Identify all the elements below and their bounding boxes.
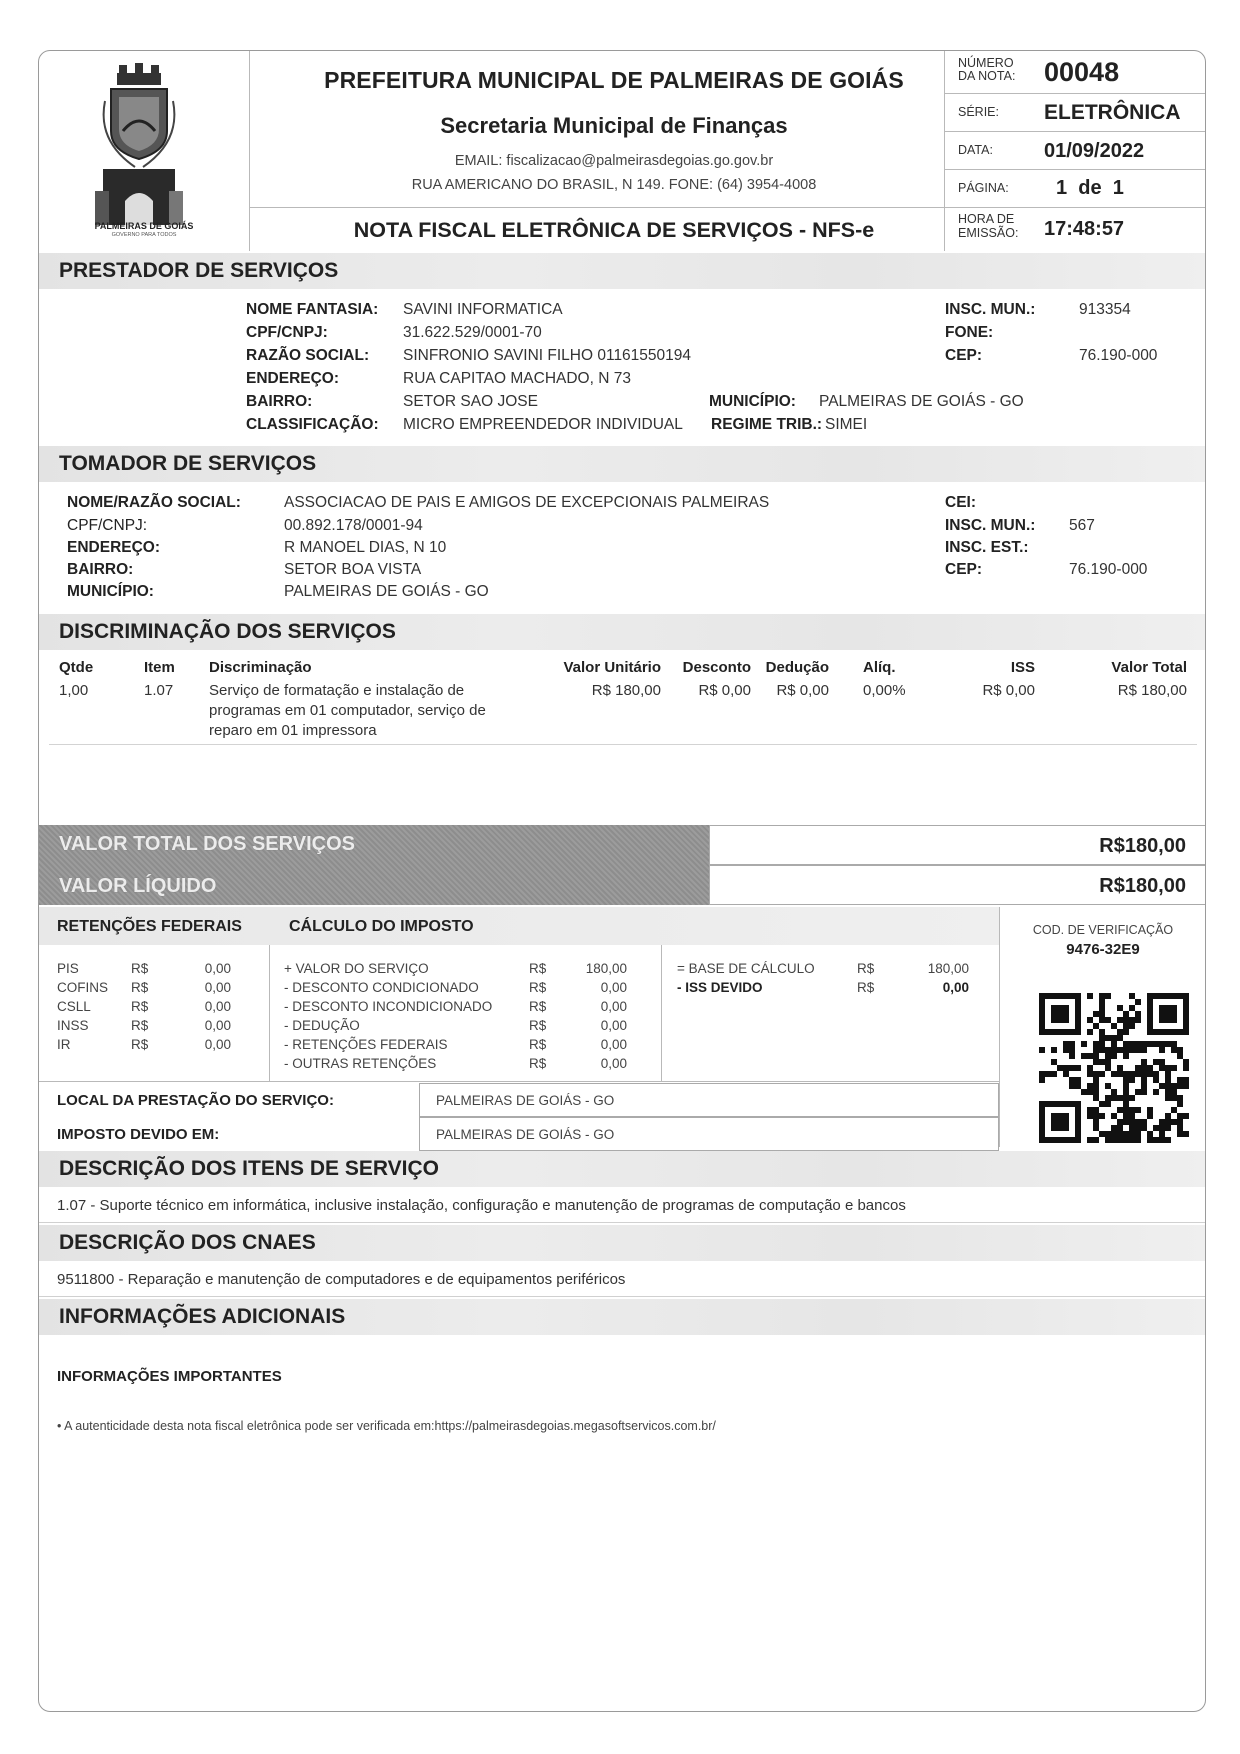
local-prestacao-label: LOCAL DA PRESTAÇÃO DO SERVIÇO: bbox=[57, 1092, 334, 1109]
prestador-regime: SIMEI bbox=[825, 416, 867, 434]
valor-liquido-label: VALOR LÍQUIDO bbox=[59, 875, 216, 898]
municipal-coat-of-arms: PALMEIRAS DE GOIÁS GOVERNO PARA TODOS bbox=[39, 51, 249, 251]
meta-pagina: PÁGINA: 1 de 1 bbox=[944, 169, 1206, 207]
section-servicos: DISCRIMINAÇÃO DOS SERVIÇOS bbox=[39, 614, 1206, 650]
logo-subcaption: GOVERNO PARA TODOS bbox=[39, 232, 249, 238]
tomador-insc-mun: 567 bbox=[1069, 517, 1095, 535]
prestador-classificacao: MICRO EMPREENDEDOR INDIVIDUAL bbox=[403, 416, 683, 434]
department-title: Secretaria Municipal de Finanças bbox=[249, 113, 979, 139]
authenticity-notice: • A autenticidade desta nota fiscal elet… bbox=[57, 1419, 716, 1433]
retencoes-title: RETENÇÕES FEDERAIS bbox=[57, 918, 242, 936]
tomador-cep: 76.190-000 bbox=[1069, 561, 1147, 579]
itens-servico-text: 1.07 - Suporte técnico em informática, i… bbox=[57, 1197, 906, 1214]
prestador-nome-fantasia: SAVINI INFORMATICA bbox=[403, 301, 563, 319]
valor-liquido: R$180,00 bbox=[1099, 875, 1186, 898]
prestador-municipio: PALMEIRAS DE GOIÁS - GO bbox=[819, 393, 1024, 411]
prestador-endereco: RUA CAPITAO MACHADO, N 73 bbox=[403, 370, 631, 388]
valor-liquido-box: R$180,00 bbox=[709, 865, 1206, 905]
meta-numero: NÚMERO DA NOTA: 00048 bbox=[944, 51, 1206, 93]
imposto-devido-value: PALMEIRAS DE GOIÁS - GO bbox=[436, 1127, 614, 1142]
tomador-municipio: PALMEIRAS DE GOIÁS - GO bbox=[284, 583, 489, 601]
prestador-cep: 76.190-000 bbox=[1079, 347, 1157, 365]
informacoes-subtitle: INFORMAÇÕES IMPORTANTES bbox=[57, 1368, 282, 1385]
iss-devido-value: 0,00 bbox=[919, 980, 969, 995]
base-calculo-label: = BASE DE CÁLCULO bbox=[677, 961, 815, 976]
municipality-title: PREFEITURA MUNICIPAL DE PALMEIRAS DE GOI… bbox=[249, 67, 979, 94]
valor-total: R$180,00 bbox=[1099, 835, 1186, 858]
section-prestador: PRESTADOR DE SERVIÇOS bbox=[39, 253, 1206, 289]
meta-data: DATA: 01/09/2022 bbox=[944, 131, 1206, 169]
local-prestacao-value: PALMEIRAS DE GOIÁS - GO bbox=[436, 1093, 614, 1108]
prestador-insc-mun: 913354 bbox=[1079, 301, 1131, 319]
section-itens-servico: DESCRIÇÃO DOS ITENS DE SERVIÇO bbox=[39, 1151, 1206, 1187]
totals-label-panel: VALOR TOTAL DOS SERVIÇOS VALOR LÍQUIDO bbox=[39, 825, 709, 905]
invoice-number: 00048 bbox=[1044, 57, 1119, 88]
contact-email: EMAIL: fiscalizacao@palmeirasdegoias.go.… bbox=[249, 153, 979, 169]
logo-caption: PALMEIRAS DE GOIÁS bbox=[39, 221, 249, 231]
nfse-document: PALMEIRAS DE GOIÁS GOVERNO PARA TODOS PR… bbox=[38, 50, 1206, 1712]
invoice-meta: NÚMERO DA NOTA: 00048 SÉRIE: ELETRÔNICA … bbox=[944, 51, 1206, 251]
tomador-bairro: SETOR BOA VISTA bbox=[284, 561, 421, 579]
iss-devido-label: - ISS DEVIDO bbox=[677, 980, 763, 995]
tomador-endereco: R MANOEL DIAS, N 10 bbox=[284, 539, 446, 557]
section-tomador: TOMADOR DE SERVIÇOS bbox=[39, 446, 1206, 482]
section-informacoes: INFORMAÇÕES ADICIONAIS bbox=[39, 1299, 1206, 1335]
calculo-title: CÁLCULO DO IMPOSTO bbox=[289, 918, 474, 936]
prestador-razao-social: SINFRONIO SAVINI FILHO 01161550194 bbox=[403, 347, 691, 365]
meta-hora: HORA DE EMISSÃO: 17:48:57 bbox=[944, 207, 1206, 251]
invoice-series: ELETRÔNICA bbox=[1044, 101, 1181, 125]
verification-label: COD. DE VERIFICAÇÃO bbox=[999, 923, 1206, 937]
valor-total-label: VALOR TOTAL DOS SERVIÇOS bbox=[59, 833, 355, 856]
prestador-bairro: SETOR SAO JOSE bbox=[403, 393, 538, 411]
valor-total-box: R$180,00 bbox=[709, 825, 1206, 865]
page-indicator: 1 de 1 bbox=[1056, 177, 1124, 200]
contact-address: RUA AMERICANO DO BRASIL, N 149. FONE: (6… bbox=[249, 177, 979, 193]
qr-code-icon[interactable] bbox=[1039, 993, 1189, 1143]
cnaes-text: 9511800 - Reparação e manutenção de comp… bbox=[57, 1271, 625, 1288]
base-calculo-value: 180,00 bbox=[919, 961, 969, 976]
prestador-cnpj: 31.622.529/0001-70 bbox=[403, 324, 542, 342]
verification-code: 9476-32E9 bbox=[999, 941, 1206, 958]
meta-serie: SÉRIE: ELETRÔNICA bbox=[944, 93, 1206, 131]
tomador-cnpj: 00.892.178/0001-94 bbox=[284, 517, 423, 535]
tomador-nome: ASSOCIACAO DE PAIS E AMIGOS DE EXCEPCION… bbox=[284, 494, 769, 512]
issue-time: 17:48:57 bbox=[1044, 218, 1124, 241]
section-cnaes: DESCRIÇÃO DOS CNAES bbox=[39, 1225, 1206, 1261]
document-title: NOTA FISCAL ELETRÔNICA DE SERVIÇOS - NFS… bbox=[249, 218, 979, 243]
imposto-devido-label: IMPOSTO DEVIDO EM: bbox=[57, 1126, 219, 1143]
invoice-date: 01/09/2022 bbox=[1044, 140, 1144, 163]
